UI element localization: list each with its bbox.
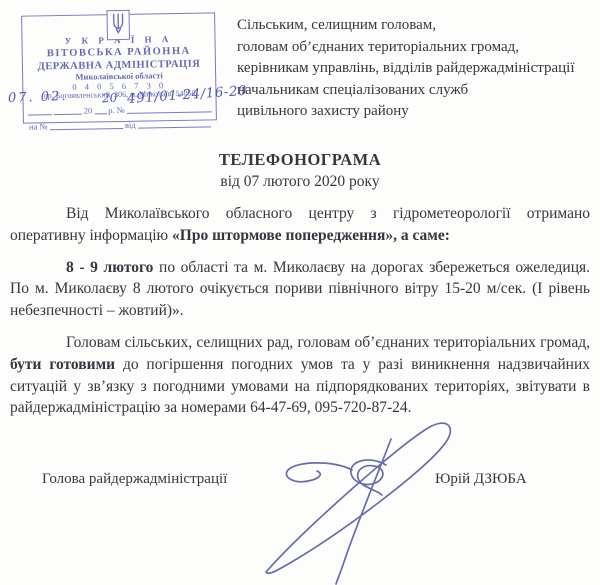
stamp-footer-line: на № від	[24, 115, 216, 130]
addressee-line: цивільного захисту району	[237, 101, 595, 123]
document-page: У К Р А Ї Н А ВІТОВСЬКА РАЙОННА ДЕРЖАВНА…	[0, 0, 600, 585]
signer-position-title: Голова райдержадміністрації	[42, 471, 227, 488]
date-month-blank	[54, 104, 82, 115]
document-title: ТЕЛЕФОНОГРАМА	[0, 150, 600, 170]
addressee-line: головам об’єднаних територіальних громад…	[237, 37, 595, 59]
document-date: від 07 лютого 2020 року	[0, 173, 600, 191]
title-block: ТЕЛЕФОНОГРАМА від 07 лютого 2020 року	[0, 150, 600, 191]
tryzub-icon	[111, 12, 126, 38]
footer-na-blank	[49, 118, 123, 130]
paragraph-2-bold-text: 8 - 9 лютого	[66, 259, 153, 276]
stamp-footer-na: на №	[29, 122, 48, 131]
footer-vid-blank	[138, 116, 212, 128]
addressee-block: Сільським, селищним головам, головам об’…	[237, 15, 595, 123]
stamp-year-prefix: 20	[84, 106, 93, 115]
handwritten-day-month: 07. 02.	[8, 89, 68, 106]
addressee-line: Сільським, селищним головам,	[237, 15, 595, 37]
stamp-date-suffix: р. №	[108, 105, 125, 114]
paragraph-3-text: Головам сільських, селищних рад, головам…	[66, 334, 590, 351]
date-day-blank	[28, 104, 52, 115]
handwritten-year: 20	[102, 91, 118, 106]
addressee-line: начальникам спеціалізованих служб	[237, 80, 595, 102]
handwritten-signature	[248, 406, 480, 585]
paragraph-2: 8 - 9 лютого по області та м. Миколаєву …	[10, 257, 590, 322]
paragraph-1-bold-text: «Про штормове попередження», а саме:	[172, 227, 450, 244]
addressee-line: керівникам управлінь, відділів райдержад…	[237, 58, 595, 80]
body-text: Від Миколаївського обласного центру з гі…	[10, 203, 590, 429]
tryzub-box	[106, 10, 130, 40]
official-stamp: У К Р А Ї Н А ВІТОВСЬКА РАЙОННА ДЕРЖАВНА…	[21, 12, 217, 123]
paragraph-1: Від Миколаївського обласного центру з гі…	[10, 203, 590, 247]
paragraph-3-bold-text: бути готовими	[10, 356, 115, 373]
stamp-footer-vid: від	[125, 120, 136, 129]
